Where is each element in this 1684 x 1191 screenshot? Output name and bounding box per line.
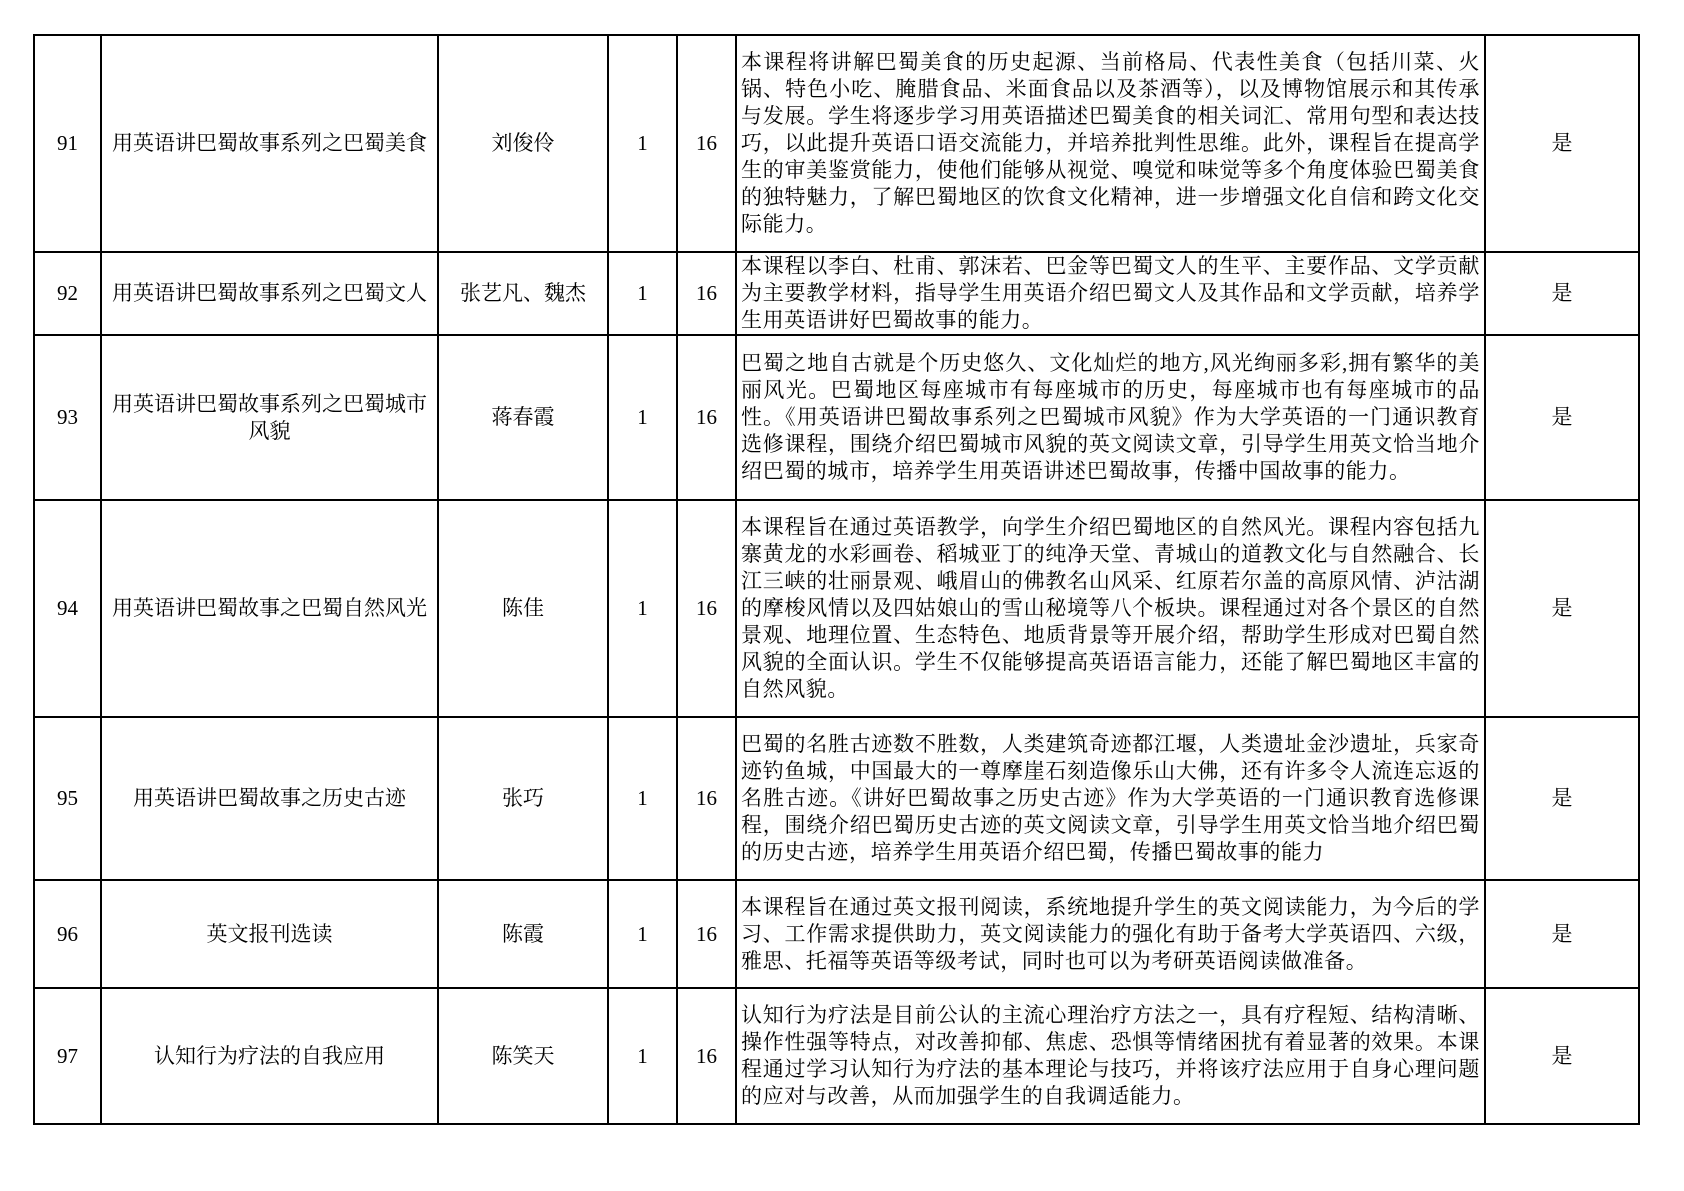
yes-flag: 是 bbox=[1485, 988, 1639, 1124]
teacher-name: 张巧 bbox=[438, 717, 608, 880]
yes-flag: 是 bbox=[1485, 252, 1639, 335]
row-number: 96 bbox=[34, 880, 101, 988]
row-number: 97 bbox=[34, 988, 101, 1124]
table-row: 93 用英语讲巴蜀故事系列之巴蜀城市风貌 蒋春霞 1 16 巴蜀之地自古就是个历… bbox=[34, 335, 1639, 500]
credit: 1 bbox=[608, 35, 677, 252]
course-description: 本课程旨在通过英语教学，向学生介绍巴蜀地区的自然风光。课程内容包括九寨黄龙的水彩… bbox=[736, 500, 1485, 717]
teacher-name: 刘俊伶 bbox=[438, 35, 608, 252]
teacher-name: 张艺凡、魏杰 bbox=[438, 252, 608, 335]
course-description: 本课程旨在通过英文报刊阅读，系统地提升学生的英文阅读能力，为今后的学习、工作需求… bbox=[736, 880, 1485, 988]
yes-flag: 是 bbox=[1485, 35, 1639, 252]
credit: 1 bbox=[608, 500, 677, 717]
hours: 16 bbox=[677, 988, 736, 1124]
course-name: 用英语讲巴蜀故事系列之巴蜀文人 bbox=[101, 252, 438, 335]
credit: 1 bbox=[608, 880, 677, 988]
teacher-name: 陈佳 bbox=[438, 500, 608, 717]
teacher-name: 蒋春霞 bbox=[438, 335, 608, 500]
hours: 16 bbox=[677, 880, 736, 988]
course-name: 用英语讲巴蜀故事系列之巴蜀城市风貌 bbox=[101, 335, 438, 500]
yes-flag: 是 bbox=[1485, 335, 1639, 500]
row-number: 95 bbox=[34, 717, 101, 880]
hours: 16 bbox=[677, 252, 736, 335]
course-table: 91 用英语讲巴蜀故事系列之巴蜀美食 刘俊伶 1 16 本课程将讲解巴蜀美食的历… bbox=[33, 34, 1640, 1125]
row-number: 91 bbox=[34, 35, 101, 252]
credit: 1 bbox=[608, 717, 677, 880]
course-name: 用英语讲巴蜀故事之巴蜀自然风光 bbox=[101, 500, 438, 717]
course-name: 认知行为疗法的自我应用 bbox=[101, 988, 438, 1124]
yes-flag: 是 bbox=[1485, 717, 1639, 880]
teacher-name: 陈霞 bbox=[438, 880, 608, 988]
hours: 16 bbox=[677, 717, 736, 880]
row-number: 93 bbox=[34, 335, 101, 500]
course-description: 认知行为疗法是目前公认的主流心理治疗方法之一，具有疗程短、结构清晰、操作性强等特… bbox=[736, 988, 1485, 1124]
course-description: 巴蜀的名胜古迹数不胜数，人类建筑奇迹都江堰，人类遗址金沙遗址，兵家奇迹钓鱼城，中… bbox=[736, 717, 1485, 880]
yes-flag: 是 bbox=[1485, 500, 1639, 717]
course-name: 英文报刊选读 bbox=[101, 880, 438, 988]
table-row: 96 英文报刊选读 陈霞 1 16 本课程旨在通过英文报刊阅读，系统地提升学生的… bbox=[34, 880, 1639, 988]
hours: 16 bbox=[677, 35, 736, 252]
table-row: 92 用英语讲巴蜀故事系列之巴蜀文人 张艺凡、魏杰 1 16 本课程以李白、杜甫… bbox=[34, 252, 1639, 335]
table-row: 91 用英语讲巴蜀故事系列之巴蜀美食 刘俊伶 1 16 本课程将讲解巴蜀美食的历… bbox=[34, 35, 1639, 252]
course-name: 用英语讲巴蜀故事系列之巴蜀美食 bbox=[101, 35, 438, 252]
table-row: 94 用英语讲巴蜀故事之巴蜀自然风光 陈佳 1 16 本课程旨在通过英语教学，向… bbox=[34, 500, 1639, 717]
course-name: 用英语讲巴蜀故事之历史古迹 bbox=[101, 717, 438, 880]
row-number: 92 bbox=[34, 252, 101, 335]
hours: 16 bbox=[677, 500, 736, 717]
teacher-name: 陈笑天 bbox=[438, 988, 608, 1124]
credit: 1 bbox=[608, 335, 677, 500]
table-row: 97 认知行为疗法的自我应用 陈笑天 1 16 认知行为疗法是目前公认的主流心理… bbox=[34, 988, 1639, 1124]
table-row: 95 用英语讲巴蜀故事之历史古迹 张巧 1 16 巴蜀的名胜古迹数不胜数，人类建… bbox=[34, 717, 1639, 880]
credit: 1 bbox=[608, 988, 677, 1124]
hours: 16 bbox=[677, 335, 736, 500]
yes-flag: 是 bbox=[1485, 880, 1639, 988]
course-description: 巴蜀之地自古就是个历史悠久、文化灿烂的地方,风光绚丽多彩,拥有繁华的美丽风光。巴… bbox=[736, 335, 1485, 500]
credit: 1 bbox=[608, 252, 677, 335]
course-description: 本课程将讲解巴蜀美食的历史起源、当前格局、代表性美食（包括川菜、火锅、特色小吃、… bbox=[736, 35, 1485, 252]
row-number: 94 bbox=[34, 500, 101, 717]
course-description: 本课程以李白、杜甫、郭沫若、巴金等巴蜀文人的生平、主要作品、文学贡献为主要教学材… bbox=[736, 252, 1485, 335]
